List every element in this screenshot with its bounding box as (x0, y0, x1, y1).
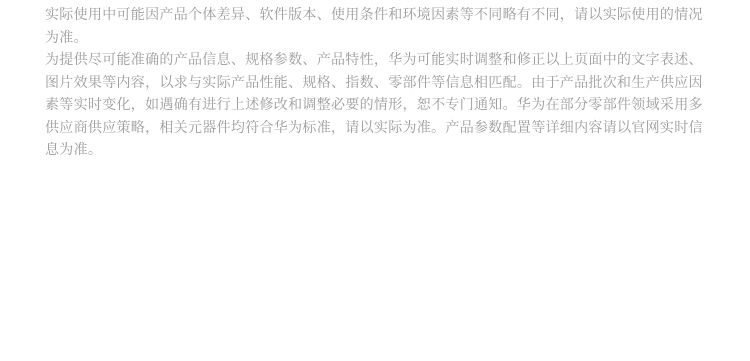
disclaimer-paragraph-product-info: 为提供尽可能准确的产品信息、规格参数、产品特性，华为可能实时调整和修正以上页面中… (45, 48, 707, 161)
disclaimer-line: 为提供尽可能准确的产品信息、规格参数、产品特性，华为可能实时调整和修正以上页面中… (45, 48, 707, 71)
disclaimer-line: 为准。 (45, 26, 707, 49)
disclaimer-line: 实际使用中可能因产品个体差异、软件版本、使用条件和环境因素等不同略有不同，请以实… (45, 3, 707, 26)
disclaimer-line: 供应商供应策略，相关元器件均符合华为标准，请以实际为准。产品参数配置等详细内容请… (45, 116, 707, 139)
disclaimer-text-block: 实际使用中可能因产品个体差异、软件版本、使用条件和环境因素等不同略有不同，请以实… (45, 3, 707, 161)
disclaimer-paragraph-usage-variance: 实际使用中可能因产品个体差异、软件版本、使用条件和环境因素等不同略有不同，请以实… (45, 3, 707, 48)
disclaimer-line: 素等实时变化，如遇确有进行上述修改和调整必要的情形，恕不专门通知。华为在部分零部… (45, 93, 707, 116)
disclaimer-line: 图片效果等内容，以求与实际产品性能、规格、指数、零部件等信息相匹配。由于产品批次… (45, 71, 707, 94)
disclaimer-line: 息为准。 (45, 138, 707, 161)
